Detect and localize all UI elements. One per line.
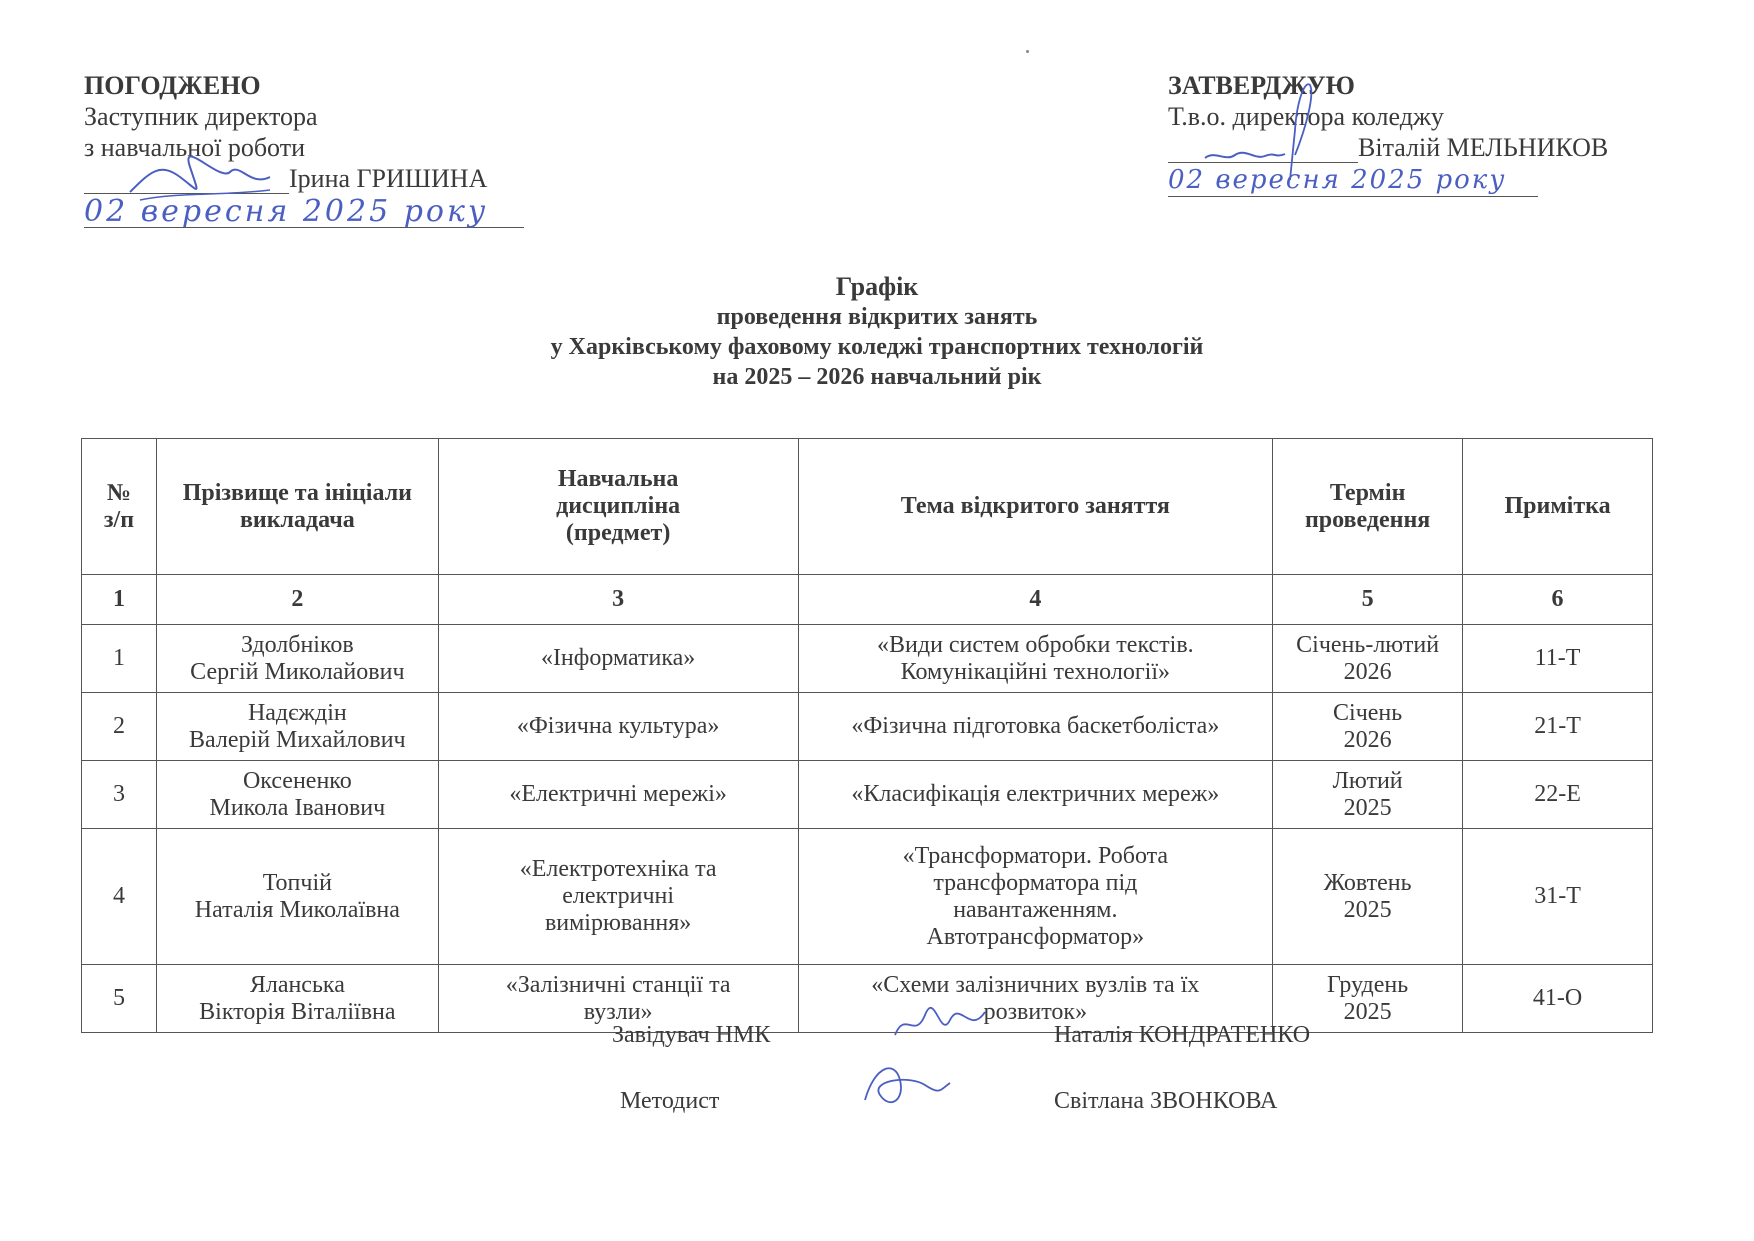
footer-position: Методист bbox=[620, 1088, 719, 1115]
table-row: 2НадєждінВалерій Михайлович«Фізична куль… bbox=[82, 693, 1653, 761]
cell-subject: «Електротехніка таелектричнівимірювання» bbox=[438, 829, 798, 965]
cell-date: Лютий2025 bbox=[1273, 761, 1463, 829]
column-number: 3 bbox=[438, 575, 798, 625]
cell-number: 1 bbox=[82, 625, 157, 693]
title-line-2: проведення відкритих занять bbox=[0, 302, 1754, 332]
signature-blank bbox=[1168, 136, 1358, 163]
footer-position: Завідувач НМК bbox=[612, 1022, 770, 1049]
column-number: 4 bbox=[798, 575, 1273, 625]
approval-left-heading: ПОГОДЖЕНО bbox=[84, 70, 524, 101]
header-note: Примітка bbox=[1463, 439, 1653, 575]
cell-number: 3 bbox=[82, 761, 157, 829]
cell-subject: «Електричні мережі» bbox=[438, 761, 798, 829]
footer-name: Світлана ЗВОНКОВА bbox=[1054, 1088, 1277, 1115]
cell-subject: «Інформатика» bbox=[438, 625, 798, 693]
title-line-1: Графік bbox=[0, 272, 1754, 302]
cell-number: 5 bbox=[82, 965, 157, 1033]
cell-note: 11-Т bbox=[1463, 625, 1653, 693]
header-number: №з/п bbox=[82, 439, 157, 575]
approval-left-signature-line: Ірина ГРИШИНА bbox=[84, 163, 524, 194]
cell-teacher: ЯланськаВікторія Віталіївна bbox=[156, 965, 438, 1033]
approval-right-signer: Віталій МЕЛЬНИКОВ bbox=[1358, 133, 1608, 162]
handwritten-date: 02 вересня 2025 року bbox=[84, 196, 524, 228]
cell-teacher: НадєждінВалерій Михайлович bbox=[156, 693, 438, 761]
cell-note: 21-Т bbox=[1463, 693, 1653, 761]
column-number: 2 bbox=[156, 575, 438, 625]
column-number: 6 bbox=[1463, 575, 1653, 625]
approval-left-position-1: Заступник директора bbox=[84, 101, 524, 132]
header-subject: Навчальнадисципліна(предмет) bbox=[438, 439, 798, 575]
cell-topic: «Класифікація електричних мереж» bbox=[798, 761, 1273, 829]
table-row: 5ЯланськаВікторія Віталіївна«Залізничні … bbox=[82, 965, 1653, 1033]
approval-left-signer: Ірина ГРИШИНА bbox=[289, 164, 487, 193]
table-row: 3ОксененкоМикола Іванович«Електричні мер… bbox=[82, 761, 1653, 829]
cell-note: 22-Е bbox=[1463, 761, 1653, 829]
approval-right-position-1: Т.в.о. директора коледжу bbox=[1168, 101, 1608, 132]
cell-topic: «Фізична підготовка баскетболіста» bbox=[798, 693, 1273, 761]
cell-teacher: ОксененкоМикола Іванович bbox=[156, 761, 438, 829]
cell-topic: «Види систем обробки текстів.Комунікацій… bbox=[798, 625, 1273, 693]
cell-number: 4 bbox=[82, 829, 157, 965]
header-teacher: Прізвище та ініціаливикладача bbox=[156, 439, 438, 575]
footer-name: Наталія КОНДРАТЕНКО bbox=[1054, 1022, 1310, 1049]
cell-teacher: ЗдолбніковСергій Миколайович bbox=[156, 625, 438, 693]
cell-number: 2 bbox=[82, 693, 157, 761]
table-row: 4ТопчійНаталія Миколаївна«Електротехніка… bbox=[82, 829, 1653, 965]
cell-note: 31-Т bbox=[1463, 829, 1653, 965]
signature-blank bbox=[84, 167, 289, 194]
table-header-row: №з/пПрізвище та ініціаливикладачаНавчаль… bbox=[82, 439, 1653, 575]
approval-left-date: 02 вересня 2025 року bbox=[84, 196, 524, 228]
signature-scribble-methodist-icon bbox=[850, 1055, 960, 1115]
approval-right-date: 02 вересня 2025 року bbox=[1168, 165, 1608, 197]
column-number: 1 bbox=[82, 575, 157, 625]
title-line-3: у Харківському фаховому коледжі транспор… bbox=[0, 332, 1754, 362]
column-number: 5 bbox=[1273, 575, 1463, 625]
doc-title: Графік проведення відкритих занять у Хар… bbox=[0, 272, 1754, 392]
cell-note: 41-О bbox=[1463, 965, 1653, 1033]
cell-date: Січень-лютий2026 bbox=[1273, 625, 1463, 693]
scan-speck bbox=[1026, 50, 1029, 53]
table-column-numbers-row: 123456 bbox=[82, 575, 1653, 625]
cell-subject: «Фізична культура» bbox=[438, 693, 798, 761]
handwritten-date: 02 вересня 2025 року bbox=[1168, 165, 1538, 197]
approval-left-position-2: з навчальної роботи bbox=[84, 132, 524, 163]
approval-right-heading: ЗАТВЕРДЖУЮ bbox=[1168, 70, 1608, 101]
table-row: 1ЗдолбніковСергій Миколайович«Інформатик… bbox=[82, 625, 1653, 693]
header-date: Термінпроведення bbox=[1273, 439, 1463, 575]
schedule-table: №з/пПрізвище та ініціаливикладачаНавчаль… bbox=[81, 438, 1653, 1033]
cell-teacher: ТопчійНаталія Миколаївна bbox=[156, 829, 438, 965]
cell-date: Жовтень2025 bbox=[1273, 829, 1463, 965]
approval-right: ЗАТВЕРДЖУЮ Т.в.о. директора коледжу Віта… bbox=[1168, 70, 1608, 197]
approval-left: ПОГОДЖЕНО Заступник директора з навчальн… bbox=[84, 70, 524, 228]
approval-right-signature-line: Віталій МЕЛЬНИКОВ bbox=[1168, 132, 1608, 163]
header-topic: Тема відкритого заняття bbox=[798, 439, 1273, 575]
cell-topic: «Трансформатори. Роботатрансформатора пі… bbox=[798, 829, 1273, 965]
cell-date: Січень2026 bbox=[1273, 693, 1463, 761]
title-line-4: на 2025 – 2026 навчальний рік bbox=[0, 362, 1754, 392]
